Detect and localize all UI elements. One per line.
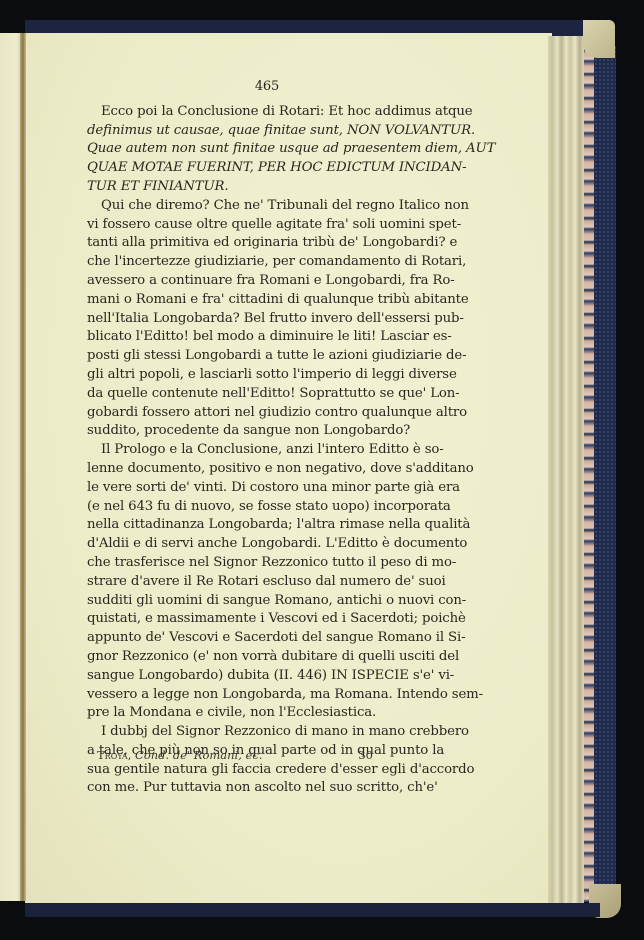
page-edges — [548, 36, 584, 908]
book-gutter — [20, 33, 26, 901]
text-line: quistati, e massimamente i Vescovi ed i … — [87, 610, 437, 629]
page-text: 465 Ecco poi la Conclusione di Rotari: E… — [87, 78, 437, 798]
text-line: sudditi gli uomini di sangue Romano, ant… — [87, 592, 437, 611]
text-line: nell'Italia Longobarda? Bel frutto inver… — [87, 310, 437, 329]
text-line: Qui che diremo? Che ne' Tribunali del re… — [87, 197, 437, 216]
text-line: posti gli stessi Longobardi a tutte le a… — [87, 347, 437, 366]
text-line: gnor Rezzonico (e' non vorrà dubitare di… — [87, 648, 437, 667]
text-line: Ecco poi la Conclusione di Rotari: Et ho… — [87, 103, 437, 122]
cover-corner-top — [583, 20, 615, 58]
text-line: vi fossero cause oltre quelle agitate fr… — [87, 216, 437, 235]
book-cover-spine — [594, 46, 616, 904]
text-line: blicato l'Editto! bel modo a diminuire l… — [87, 328, 437, 347]
text-line: Il Prologo e la Conclusione, anzi l'inte… — [87, 441, 437, 460]
text-line: appunto de' Vescovi e Sacerdoti del sang… — [87, 629, 437, 648]
text-line: TUR ET FINIANTUR. — [87, 178, 437, 197]
page-number: 465 — [87, 78, 437, 97]
text-line: le vere sorti de' vinti. Di costoro una … — [87, 479, 437, 498]
text-line: vessero a legge non Longobarda, ma Roman… — [87, 686, 437, 705]
text-line: d'Aldii e di servi anche Longobardi. L'E… — [87, 535, 437, 554]
text-line: nella cittadinanza Longobarda; l'altra r… — [87, 516, 437, 535]
footer-author: Troya — [97, 748, 128, 762]
footer-title: Cond. de' Romani, ec. — [135, 748, 262, 762]
text-line: pre la Mondana e civile, non l'Ecclesias… — [87, 704, 437, 723]
text-line: gli altri popoli, e lasciarli sotto l'im… — [87, 366, 437, 385]
book-cover-bottom — [25, 903, 600, 917]
text-line: definimus ut causae, quae finitae sunt, … — [87, 122, 437, 141]
text-line: sua gentile natura gli faccia credere d'… — [87, 761, 437, 780]
text-line: lenne documento, positivo e non negativo… — [87, 460, 437, 479]
signature-mark: 30 — [358, 748, 373, 762]
text-line: I dubbj del Signor Rezzonico di mano in … — [87, 723, 437, 742]
text-line: da quelle contenute nell'Editto! Sopratt… — [87, 385, 437, 404]
text-line: mani o Romani e fra' cittadini di qualun… — [87, 291, 437, 310]
marbled-edge — [584, 42, 594, 902]
text-line: avessero a continuare fra Romani e Longo… — [87, 272, 437, 291]
text-line: suddito, procedente da sangue non Longob… — [87, 422, 437, 441]
text-line: sangue Longobardo) dubita (II. 446) IN I… — [87, 667, 437, 686]
footer-citation: Troya, Cond. de' Romani, ec. — [97, 748, 262, 762]
text-line: Quae autem non sunt finitae usque ad pra… — [87, 140, 437, 159]
text-line: gobardi fossero attori nel giudizio cont… — [87, 404, 437, 423]
text-line: che trasferisce nel Signor Rezzonico tut… — [87, 554, 437, 573]
text-line: (e nel 643 fu di nuovo, se fosse stato u… — [87, 498, 437, 517]
text-line: tanti alla primitiva ed originaria tribù… — [87, 234, 437, 253]
text-line: che l'incertezze giudiziarie, per comand… — [87, 253, 437, 272]
page-footer: Troya, Cond. de' Romani, ec. 30 — [97, 748, 373, 762]
text-line: strare d'avere il Re Rotari escluso dal … — [87, 573, 437, 592]
text-line: con me. Pur tuttavia non ascolto nel suo… — [87, 779, 437, 798]
text-line: QUAE MOTAE FUERINT, PER HOC EDICTUM INCI… — [87, 159, 437, 178]
